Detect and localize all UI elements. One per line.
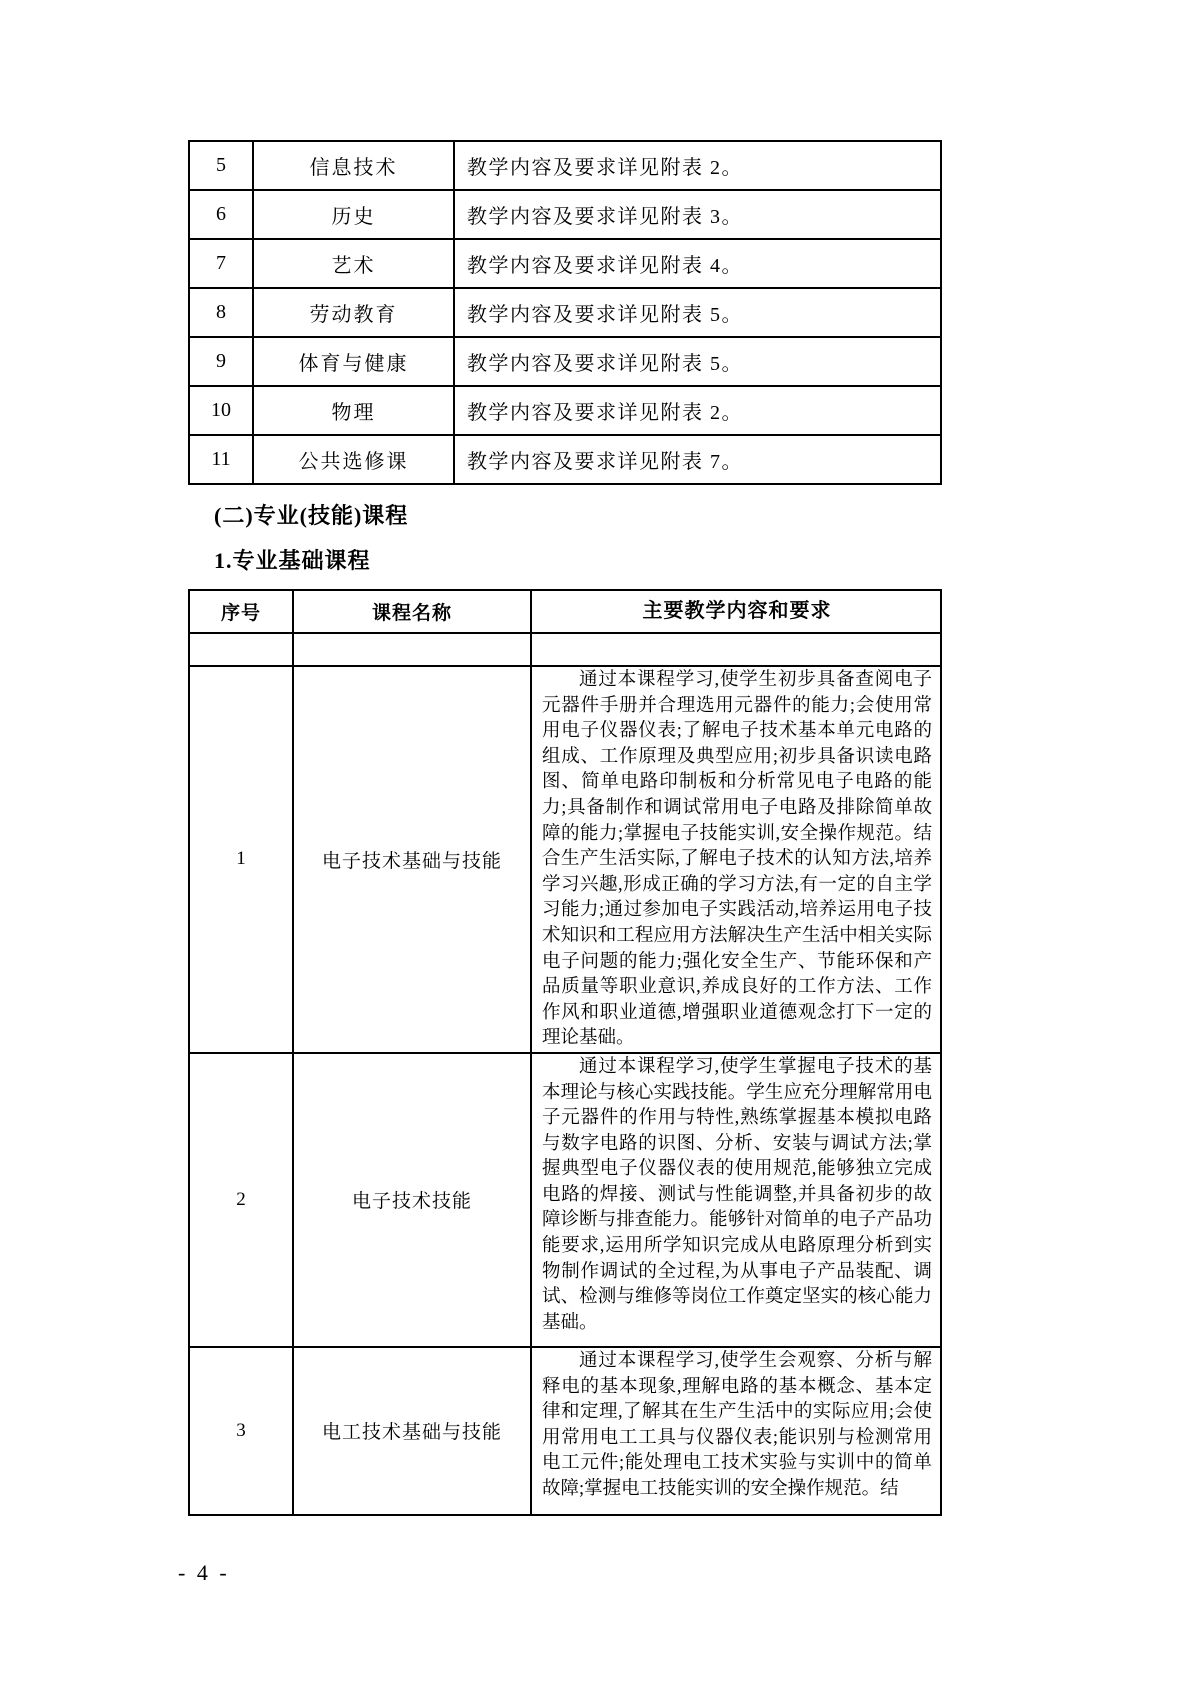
course-desc: 通过本课程学习,使学生初步具备查阅电子元器件手册并合理选用元器件的能力;会使用常… [531,666,941,1053]
table-row: 2 电子技术技能 通过本课程学习,使学生掌握电子技术的基本理论与核心实践技能。学… [189,1053,941,1347]
course-name: 公共选修课 [253,435,454,484]
course-desc: 教学内容及要求详见附表 2。 [454,141,941,190]
course-desc: 教学内容及要求详见附表 4。 [454,239,941,288]
course-number: 11 [189,435,253,484]
professional-course-table: 序号 课程名称 主要教学内容和要求 1 电子技术基础与技能 通过本课程学习,使学… [188,589,942,1516]
table-row: 5 信息技术 教学内容及要求详见附表 2。 [189,141,941,190]
header-course-desc: 主要教学内容和要求 [531,590,941,633]
course-desc: 通过本课程学习,使学生掌握电子技术的基本理论与核心实践技能。学生应充分理解常用电… [531,1053,941,1347]
course-name: 信息技术 [253,141,454,190]
course-desc: 教学内容及要求详见附表 5。 [454,288,941,337]
table-row: 10 物理 教学内容及要求详见附表 2。 [189,386,941,435]
header-row: 序号 课程名称 主要教学内容和要求 [189,590,941,633]
course-desc-text: 通过本课程学习,使学生会观察、分析与解释电的基本现象,理解电路的基本概念、基本定… [542,1349,932,1503]
spacer-row [189,633,941,666]
course-number: 3 [189,1347,293,1515]
professional-course-table-head: 序号 课程名称 主要教学内容和要求 [189,590,941,633]
table-row: 3 电工技术基础与技能 通过本课程学习,使学生会观察、分析与解释电的基本现象,理… [189,1347,941,1515]
course-name: 体育与健康 [253,337,454,386]
course-number: 2 [189,1053,293,1347]
course-name: 物理 [253,386,454,435]
course-desc: 教学内容及要求详见附表 2。 [454,386,941,435]
course-number: 7 [189,239,253,288]
course-name: 劳动教育 [253,288,454,337]
course-name: 电子技术基础与技能 [293,666,531,1053]
professional-course-table-body: 1 电子技术基础与技能 通过本课程学习,使学生初步具备查阅电子元器件手册并合理选… [189,633,941,1515]
table-row: 7 艺术 教学内容及要求详见附表 4。 [189,239,941,288]
header-course-number: 序号 [189,590,293,633]
course-number: 5 [189,141,253,190]
table-row: 1 电子技术基础与技能 通过本课程学习,使学生初步具备查阅电子元器件手册并合理选… [189,666,941,1053]
course-number: 8 [189,288,253,337]
course-number: 1 [189,666,293,1053]
table-row: 8 劳动教育 教学内容及要求详见附表 5。 [189,288,941,337]
page-number: - 4 - [178,1560,230,1586]
table-row: 9 体育与健康 教学内容及要求详见附表 5。 [189,337,941,386]
empty-cell [531,633,941,666]
course-desc: 教学内容及要求详见附表 7。 [454,435,941,484]
page-content: 5 信息技术 教学内容及要求详见附表 2。 6 历史 教学内容及要求详见附表 3… [188,140,940,1516]
course-desc-text: 通过本课程学习,使学生掌握电子技术的基本理论与核心实践技能。学生应充分理解常用电… [542,1055,932,1337]
course-name: 电工技术基础与技能 [293,1347,531,1515]
general-course-table-body: 5 信息技术 教学内容及要求详见附表 2。 6 历史 教学内容及要求详见附表 3… [189,141,941,484]
general-course-table: 5 信息技术 教学内容及要求详见附表 2。 6 历史 教学内容及要求详见附表 3… [188,140,942,485]
course-number: 10 [189,386,253,435]
table-row: 6 历史 教学内容及要求详见附表 3。 [189,190,941,239]
course-desc: 教学内容及要求详见附表 3。 [454,190,941,239]
course-number: 9 [189,337,253,386]
table-row: 11 公共选修课 教学内容及要求详见附表 7。 [189,435,941,484]
course-desc: 教学内容及要求详见附表 5。 [454,337,941,386]
section-heading: (二)专业(技能)课程 [214,501,940,531]
empty-cell [189,633,293,666]
course-desc: 通过本课程学习,使学生会观察、分析与解释电的基本现象,理解电路的基本概念、基本定… [531,1347,941,1515]
empty-cell [293,633,531,666]
subsection-heading: 1.专业基础课程 [214,546,940,576]
course-desc-text: 通过本课程学习,使学生初步具备查阅电子元器件手册并合理选用元器件的能力;会使用常… [542,668,932,1052]
header-course-name: 课程名称 [293,590,531,633]
course-name: 电子技术技能 [293,1053,531,1347]
course-name: 历史 [253,190,454,239]
course-number: 6 [189,190,253,239]
course-name: 艺术 [253,239,454,288]
